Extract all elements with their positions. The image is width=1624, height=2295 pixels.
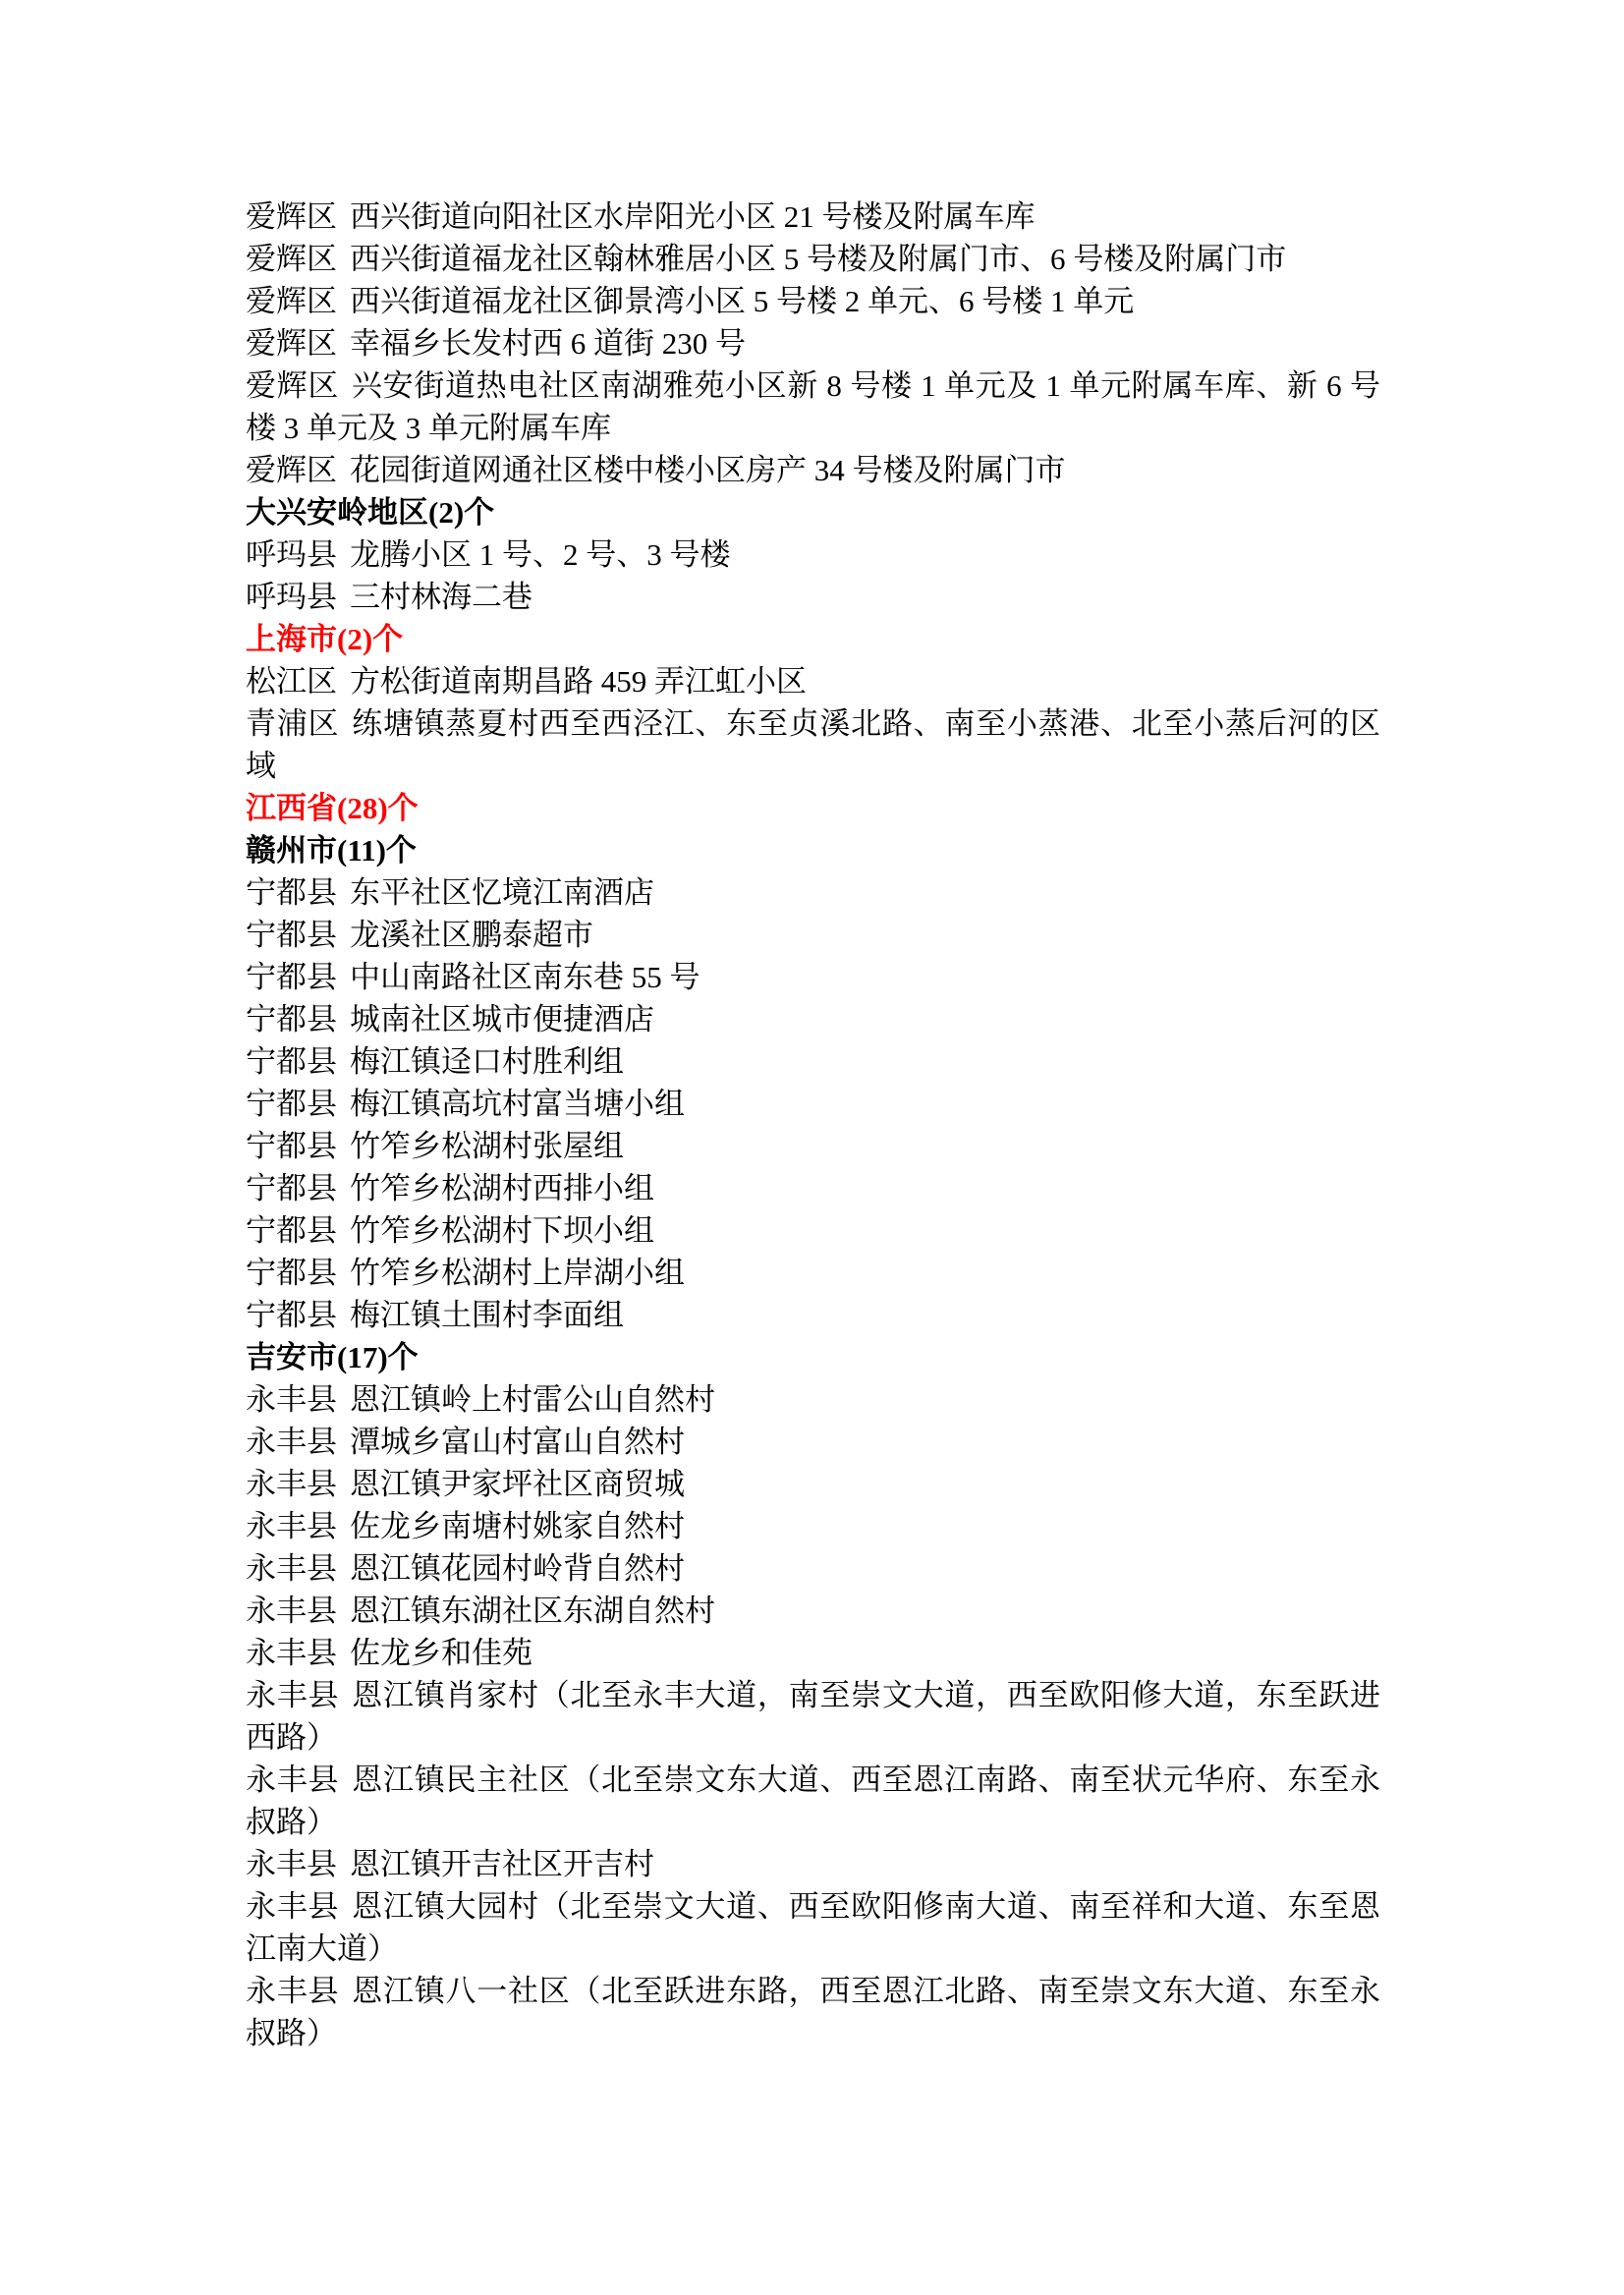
entry-line: 永丰县恩江镇开吉社区开吉村	[246, 1843, 1380, 1885]
district-label: 宁都县	[246, 1213, 337, 1248]
address-text: 方松街道南期昌路 459 弄江虹小区	[350, 664, 807, 699]
address-text: 中山南路社区南东巷 55 号	[350, 960, 700, 994]
entry-line: 爱辉区花园街道网通社区楼中楼小区房产 34 号楼及附属门市	[246, 449, 1380, 491]
district-label: 宁都县	[246, 1256, 337, 1290]
district-label: 宁都县	[246, 1171, 337, 1205]
district-label: 永丰县	[246, 1889, 339, 1924]
entry-line: 永丰县恩江镇东湖社区东湖自然村	[246, 1590, 1380, 1632]
district-label: 永丰县	[246, 1594, 337, 1628]
entry-line: 爱辉区西兴街道福龙社区御景湾小区 5 号楼 2 单元、6 号楼 1 单元	[246, 280, 1380, 322]
district-label: 宁都县	[246, 1044, 337, 1079]
entry-line: 青浦区练塘镇蒸夏村西至西泾江、东至贞溪北路、南至小蒸港、北至小蒸后河的区域	[246, 702, 1380, 787]
district-label: 爱辉区	[246, 453, 337, 487]
entry-line: 爱辉区兴安街道热电社区南湖雅苑小区新 8 号楼 1 单元及 1 单元附属车库、新…	[246, 364, 1380, 449]
entry-line: 爱辉区西兴街道向阳社区水岸阳光小区 21 号楼及附属车库	[246, 196, 1380, 238]
entry-line: 松江区方松街道南期昌路 459 弄江虹小区	[246, 660, 1380, 702]
address-text: 恩江镇花园村岭背自然村	[350, 1551, 685, 1586]
address-text: 梅江镇高坑村富当塘小组	[350, 1087, 685, 1121]
address-text: 恩江镇东湖社区东湖自然村	[350, 1594, 715, 1628]
entry-line: 永丰县佐龙乡南塘村姚家自然村	[246, 1505, 1380, 1547]
district-label: 永丰县	[246, 1551, 337, 1586]
entry-line: 宁都县梅江镇土围村李面组	[246, 1294, 1380, 1336]
address-text: 东平社区忆境江南酒店	[350, 875, 654, 910]
address-text: 兴安街道热电社区南湖雅苑小区新 8 号楼 1 单元及 1 单元附属车库、新 6 …	[246, 368, 1380, 445]
address-text: 潭城乡富山村富山自然村	[350, 1425, 685, 1459]
entry-line: 爱辉区西兴街道福龙社区翰林雅居小区 5 号楼及附属门市、6 号楼及附属门市	[246, 238, 1380, 280]
district-label: 永丰县	[246, 1425, 337, 1459]
address-text: 练塘镇蒸夏村西至西泾江、东至贞溪北路、南至小蒸港、北至小蒸后河的区域	[246, 706, 1380, 783]
city-heading: 大兴安岭地区(2)个	[246, 491, 1380, 533]
district-label: 永丰县	[246, 1382, 337, 1417]
address-text: 城南社区城市便捷酒店	[350, 1002, 654, 1036]
district-label: 爱辉区	[246, 326, 337, 361]
entry-line: 宁都县竹笮乡松湖村张屋组	[246, 1125, 1380, 1167]
district-label: 永丰县	[246, 1636, 337, 1670]
district-label: 宁都县	[246, 1298, 337, 1332]
address-text: 西兴街道福龙社区御景湾小区 5 号楼 2 单元、6 号楼 1 单元	[350, 284, 1134, 318]
district-label: 永丰县	[246, 1763, 339, 1797]
entry-line: 宁都县中山南路社区南东巷 55 号	[246, 956, 1380, 998]
address-text: 花园街道网通社区楼中楼小区房产 34 号楼及附属门市	[350, 453, 1066, 487]
district-label: 永丰县	[246, 1509, 337, 1543]
address-text: 恩江镇开吉社区开吉村	[350, 1847, 654, 1881]
entry-line: 宁都县梅江镇迳口村胜利组	[246, 1040, 1380, 1083]
address-text: 竹笮乡松湖村西排小组	[350, 1171, 654, 1205]
entry-line: 永丰县佐龙乡和佳苑	[246, 1632, 1380, 1674]
entry-line: 永丰县恩江镇岭上村雷公山自然村	[246, 1378, 1380, 1421]
entry-line: 宁都县龙溪社区鹏泰超市	[246, 914, 1380, 956]
entry-line: 宁都县竹笮乡松湖村下坝小组	[246, 1209, 1380, 1252]
entry-line: 呼玛县龙腾小区 1 号、2 号、3 号楼	[246, 533, 1380, 576]
document-body: 爱辉区西兴街道向阳社区水岸阳光小区 21 号楼及附属车库爱辉区西兴街道福龙社区翰…	[246, 196, 1380, 2054]
entry-line: 永丰县恩江镇八一社区（北至跃进东路，西至恩江北路、南至崇文东大道、东至永叔路）	[246, 1970, 1380, 2054]
entry-line: 宁都县城南社区城市便捷酒店	[246, 998, 1380, 1040]
address-text: 恩江镇尹家坪社区商贸城	[350, 1467, 685, 1501]
district-label: 宁都县	[246, 875, 337, 910]
address-text: 梅江镇土围村李面组	[350, 1298, 624, 1332]
district-label: 永丰县	[246, 1974, 339, 2008]
address-text: 恩江镇八一社区（北至跃进东路，西至恩江北路、南至崇文东大道、东至永叔路）	[246, 1974, 1380, 2050]
address-text: 幸福乡长发村西 6 道街 230 号	[350, 326, 746, 361]
address-text: 三村林海二巷	[350, 580, 532, 614]
address-text: 恩江镇岭上村雷公山自然村	[350, 1382, 715, 1417]
address-text: 竹笮乡松湖村下坝小组	[350, 1213, 654, 1248]
district-label: 宁都县	[246, 1129, 337, 1163]
address-text: 佐龙乡南塘村姚家自然村	[350, 1509, 685, 1543]
address-text: 恩江镇大园村（北至崇文大道、西至欧阳修南大道、南至祥和大道、东至恩江南大道）	[246, 1889, 1380, 1966]
address-text: 恩江镇肖家村（北至永丰大道，南至崇文大道，西至欧阳修大道，东至跃进西路）	[246, 1678, 1380, 1755]
document-page: 爱辉区西兴街道向阳社区水岸阳光小区 21 号楼及附属车库爱辉区西兴街道福龙社区翰…	[0, 0, 1624, 2295]
address-text: 龙腾小区 1 号、2 号、3 号楼	[350, 537, 731, 572]
city-heading: 赣州市(11)个	[246, 829, 1380, 871]
entry-line: 爱辉区幸福乡长发村西 6 道街 230 号	[246, 322, 1380, 364]
district-label: 宁都县	[246, 1002, 337, 1036]
province-heading: 上海市(2)个	[246, 618, 1380, 660]
entry-line: 永丰县潭城乡富山村富山自然村	[246, 1421, 1380, 1463]
address-text: 佐龙乡和佳苑	[350, 1636, 532, 1670]
address-text: 竹笮乡松湖村上岸湖小组	[350, 1256, 685, 1290]
address-text: 梅江镇迳口村胜利组	[350, 1044, 624, 1079]
address-text: 西兴街道向阳社区水岸阳光小区 21 号楼及附属车库	[350, 199, 1036, 234]
entry-line: 宁都县东平社区忆境江南酒店	[246, 871, 1380, 914]
entry-line: 呼玛县三村林海二巷	[246, 576, 1380, 618]
district-label: 宁都县	[246, 918, 337, 952]
province-heading: 江西省(28)个	[246, 787, 1380, 829]
entry-line: 宁都县梅江镇高坑村富当塘小组	[246, 1083, 1380, 1125]
district-label: 松江区	[246, 664, 337, 699]
district-label: 宁都县	[246, 960, 337, 994]
entry-line: 永丰县恩江镇花园村岭背自然村	[246, 1547, 1380, 1590]
district-label: 青浦区	[246, 706, 339, 741]
district-label: 永丰县	[246, 1467, 337, 1501]
entry-line: 宁都县竹笮乡松湖村西排小组	[246, 1167, 1380, 1209]
address-text: 龙溪社区鹏泰超市	[350, 918, 593, 952]
entry-line: 宁都县竹笮乡松湖村上岸湖小组	[246, 1252, 1380, 1294]
district-label: 呼玛县	[246, 537, 337, 572]
entry-line: 永丰县恩江镇民主社区（北至崇文东大道、西至恩江南路、南至状元华府、东至永叔路）	[246, 1759, 1380, 1843]
district-label: 爱辉区	[246, 368, 339, 403]
address-text: 西兴街道福龙社区翰林雅居小区 5 号楼及附属门市、6 号楼及附属门市	[350, 242, 1286, 276]
district-label: 爱辉区	[246, 284, 337, 318]
district-label: 爱辉区	[246, 242, 337, 276]
address-text: 竹笮乡松湖村张屋组	[350, 1129, 624, 1163]
entry-line: 永丰县恩江镇肖家村（北至永丰大道，南至崇文大道，西至欧阳修大道，东至跃进西路）	[246, 1674, 1380, 1759]
city-heading: 吉安市(17)个	[246, 1336, 1380, 1378]
entry-line: 永丰县恩江镇大园村（北至崇文大道、西至欧阳修南大道、南至祥和大道、东至恩江南大道…	[246, 1885, 1380, 1970]
district-label: 爱辉区	[246, 199, 337, 234]
entry-line: 永丰县恩江镇尹家坪社区商贸城	[246, 1463, 1380, 1505]
district-label: 永丰县	[246, 1847, 337, 1881]
district-label: 呼玛县	[246, 580, 337, 614]
district-label: 永丰县	[246, 1678, 339, 1712]
district-label: 宁都县	[246, 1087, 337, 1121]
address-text: 恩江镇民主社区（北至崇文东大道、西至恩江南路、南至状元华府、东至永叔路）	[246, 1763, 1380, 1839]
